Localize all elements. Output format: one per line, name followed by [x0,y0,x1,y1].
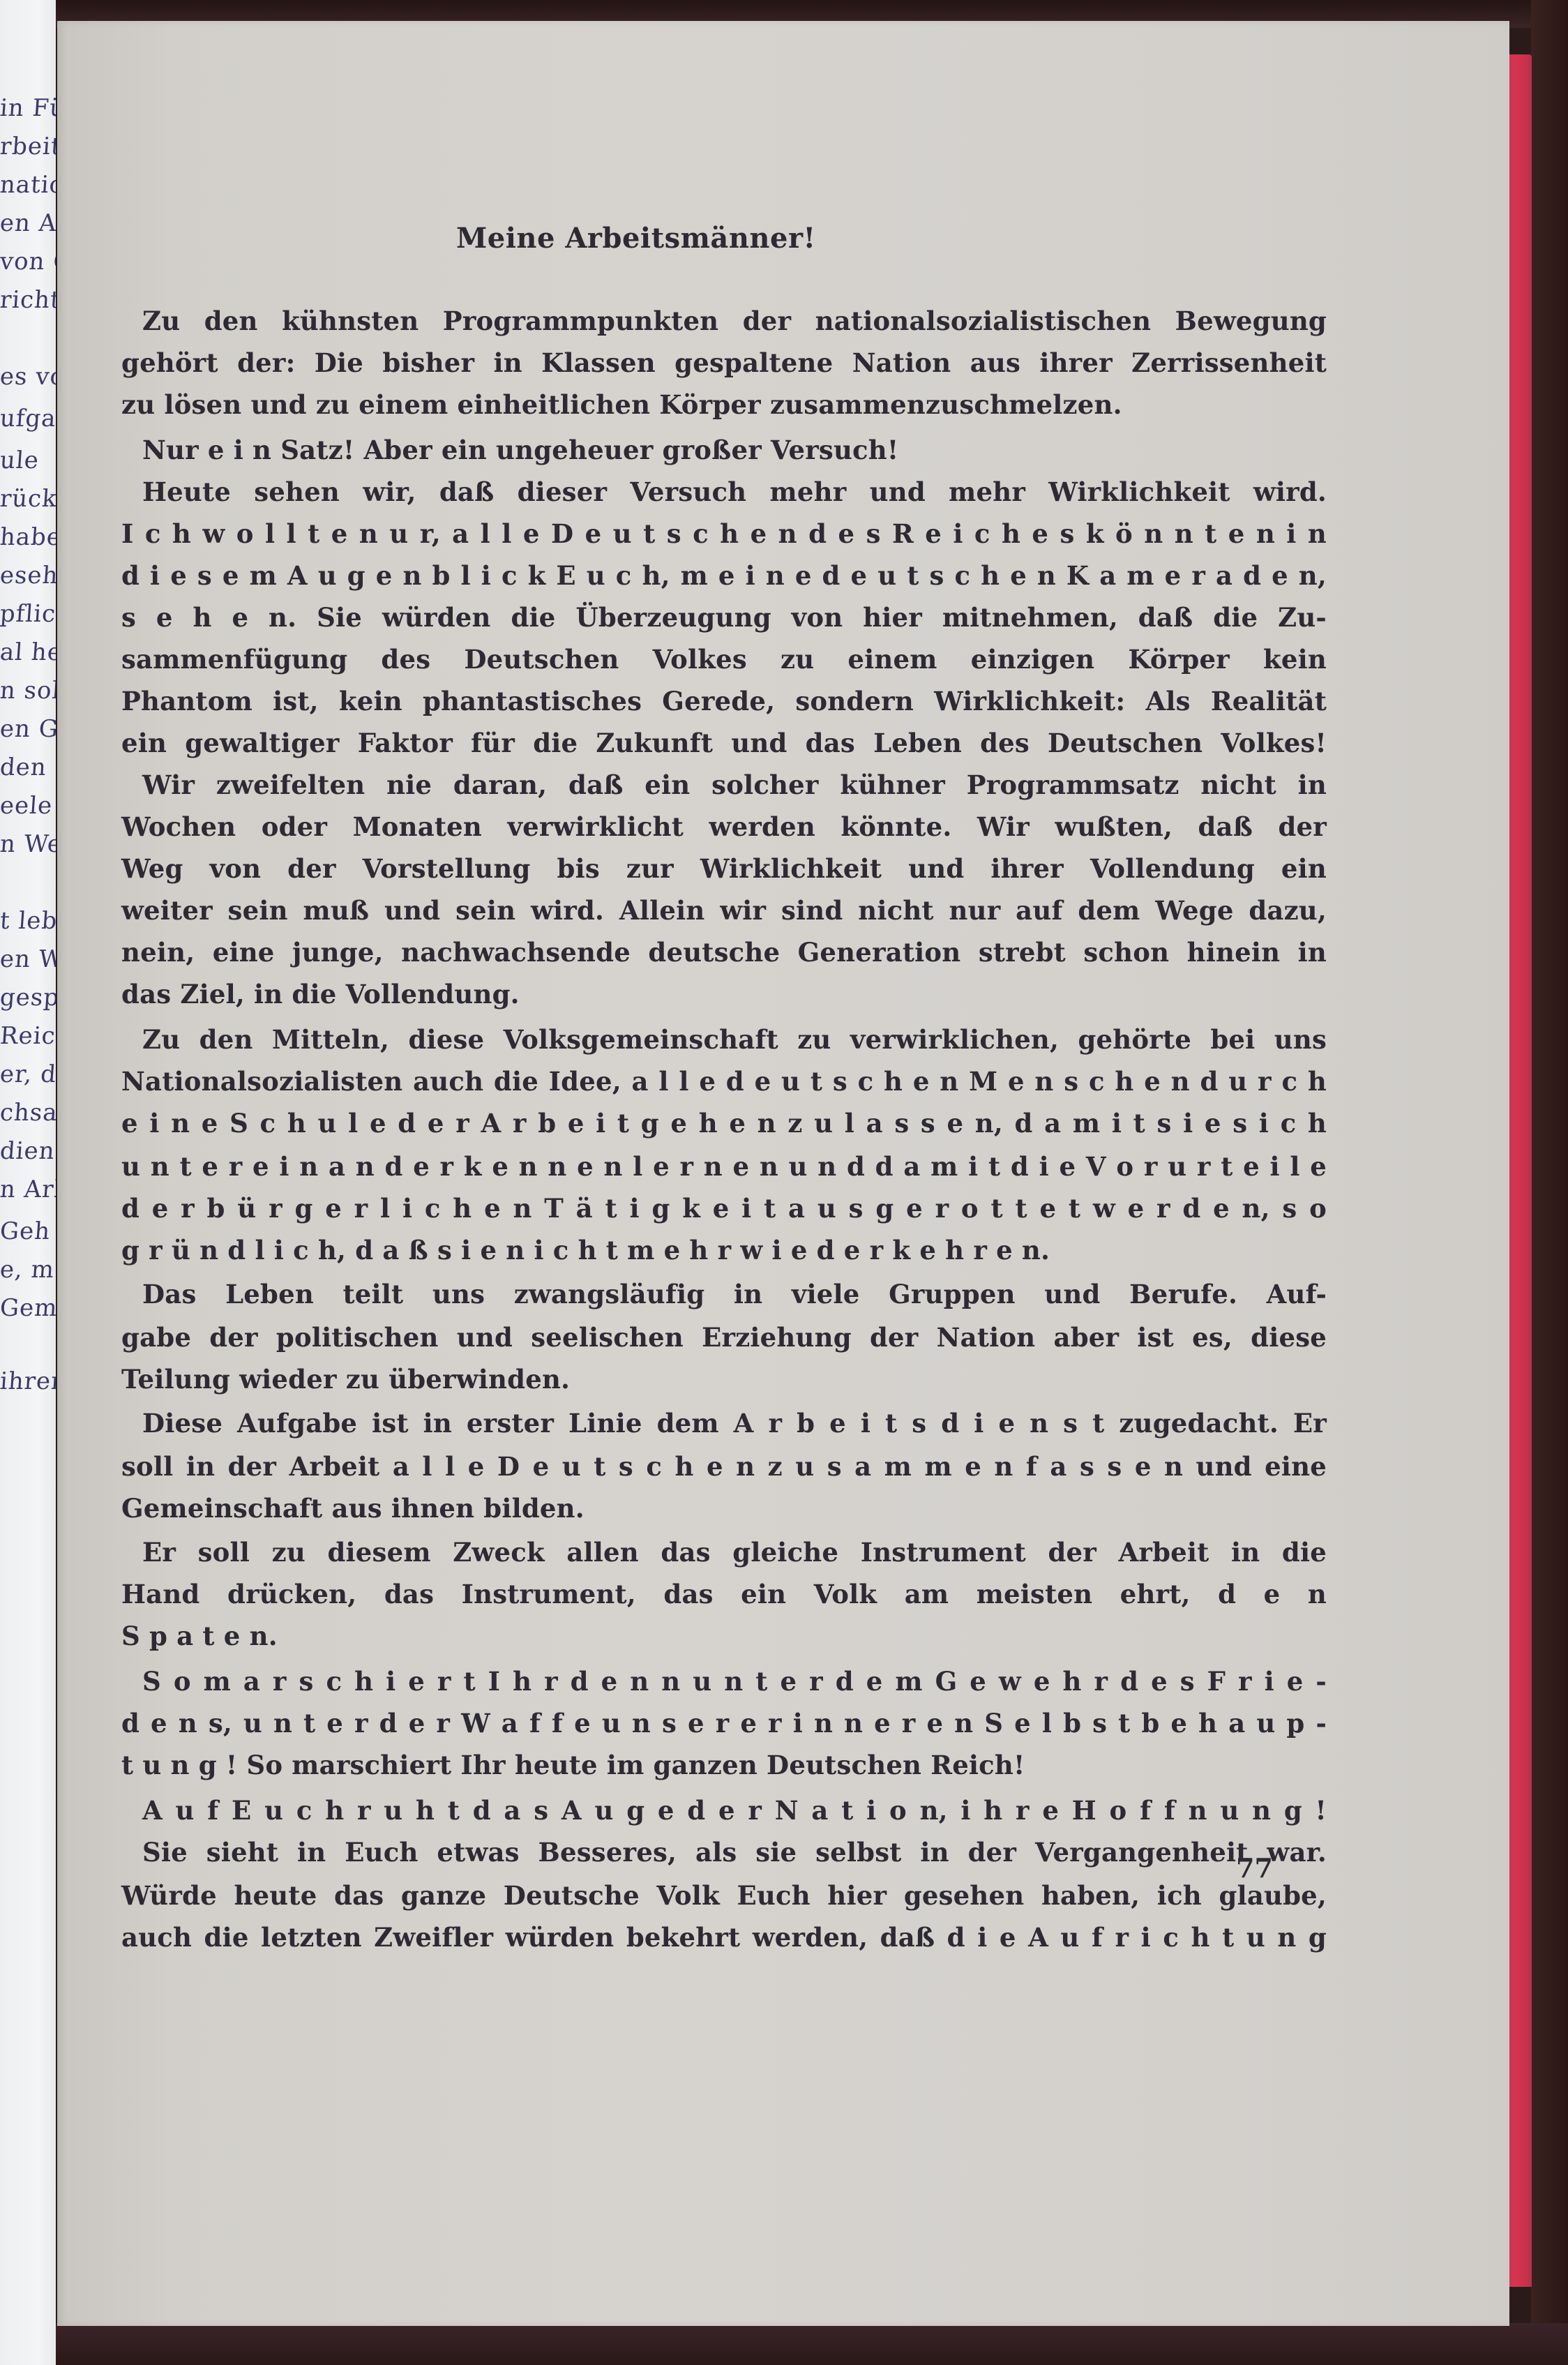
text-line: u n t e r e i n a n d e r k e n n e n l … [121,1151,1327,1182]
left-page-text-fragment: en Wor [0,945,56,973]
text-line: gabe der politischen und seelischen Erzi… [121,1322,1327,1353]
text-line: d e r b ü r g e r l i c h e n T ä t i g … [121,1193,1327,1224]
text-line: Zu den kühnsten Programmpunkten der nati… [142,306,1327,336]
text-line: Das Leben teilt uns zwangsläufig in viel… [142,1279,1327,1309]
left-page-text-fragment: den d [0,753,56,781]
left-page-text-fragment: ihrer. [0,1367,56,1395]
text-line: d i e s e m A u g e n b l i c k E u c h,… [121,560,1327,591]
left-page-text-fragment: pflicht. [0,600,56,628]
background-right [1531,0,1568,2365]
left-page-text-fragment: n We [0,830,56,858]
left-page-text-fragment: n Arbe [0,1176,56,1203]
left-page-text-fragment: in Füh [0,94,56,122]
text-line: S p a t e n. [121,1621,1327,1651]
left-page-text-fragment: von G [0,248,56,276]
text-line: weiter sein muß und sein wird. Allein wi… [121,895,1327,926]
text-line: Nationalsozialisten auch die Idee, a l l… [121,1066,1327,1097]
left-page-text-fragment: en Ge [0,715,56,743]
text-line: sammenfügung des Deutschen Volkes zu ein… [121,644,1327,675]
background-bottom [0,2323,1568,2365]
text-line: zu lösen und zu einem einheitlichen Körp… [121,389,1327,420]
text-line: d e n s, u n t e r d e r W a f f e u n s… [121,1708,1327,1739]
page-title: Meine Arbeitsmänner! [456,222,816,255]
left-page-edge: in Führbeitnationen Arbevon Grichtet.es … [0,0,56,2365]
left-page-text-fragment: t leben [0,907,56,935]
text-line: Hand drücken, das Instrument, das ein Vo… [121,1579,1327,1609]
text-line: Zu den Mitteln, diese Volksgemeinschaft … [142,1024,1327,1055]
left-page-text-fragment: rbeit [0,133,56,160]
book-page: Meine Arbeitsmänner! Zu den kühnsten Pro… [57,21,1509,2326]
left-page-text-fragment: es vor [0,363,56,391]
text-line: I c h w o l l t e n u r, a l l e D e u t… [121,518,1327,549]
text-line: s e h e n. Sie würden die Überzeugung vo… [121,602,1327,633]
text-line: g r ü n d l i c h, d a ß s i e n i c h t… [121,1235,1327,1266]
left-page-text-fragment: ule [0,446,40,474]
left-page-text-fragment: Geh [0,1217,52,1245]
left-page-text-fragment: Geme [0,1294,56,1322]
left-page-text-fragment: er, die [0,1060,56,1088]
left-page-text-fragment: e, m [0,1256,55,1284]
left-page-text-fragment: Reich [0,1022,56,1050]
text-line: Gemeinschaft aus ihnen bilden. [121,1493,1327,1524]
left-page-text-fragment: eele g [0,792,56,820]
text-line: das Ziel, in die Vollendung. [121,979,1327,1009]
text-line: Sie sieht in Euch etwas Besseres, als si… [142,1837,1327,1868]
left-page-text-fragment: chsarbe [0,1099,56,1127]
left-page-text-fragment: esehen [0,562,56,590]
left-page-text-fragment: nation [0,171,56,199]
left-page-text-fragment: al her [0,638,56,666]
text-line: t u n g ! So marschiert Ihr heute im gan… [121,1750,1327,1780]
left-page-text-fragment: en Arbe [0,209,56,237]
left-page-text-fragment: haben [0,523,56,551]
text-line: Heute sehen wir, daß dieser Versuch mehr… [142,476,1327,507]
text-line: A u f E u c h r u h t d a s A u g e d e … [142,1795,1327,1826]
text-line: auch die letzten Zweifler würden bekehrt… [121,1922,1327,1953]
text-line: Würde heute das ganze Deutsche Volk Euch… [121,1880,1327,1911]
text-line: ein gewaltiger Faktor für die Zukunft un… [121,728,1327,758]
text-line: gehört der: Die bisher in Klassen gespal… [121,347,1327,378]
left-page-text-fragment: gespro [0,984,56,1012]
book-cover-edge [1507,54,1532,2287]
text-line: Er soll zu diesem Zweck allen das gleich… [142,1537,1327,1568]
text-line: Weg von der Vorstellung bis zur Wirklich… [121,853,1327,884]
text-line: Wochen oder Monaten verwirklicht werden … [121,811,1327,842]
text-line: Phantom ist, kein phantastisches Gerede,… [121,686,1327,716]
text-line: Teilung wieder zu überwinden. [121,1364,1327,1395]
text-line: soll in der Arbeit a l l e D e u t s c h… [121,1451,1327,1482]
text-line: Wir zweifelten nie daran, daß ein solche… [142,769,1327,800]
page-number: 77 [1236,1852,1273,1884]
left-page-text-fragment: n soll. [0,677,56,705]
text-line: Nur e i n Satz! Aber ein ungeheuer große… [142,435,1327,465]
left-page-text-fragment: ufgabe, [0,405,56,433]
text-line: e i n e S c h u l e d e r A r b e i t g … [121,1108,1327,1139]
left-page-text-fragment: dienst [0,1137,56,1165]
left-page-text-fragment: richtet. [0,286,56,314]
left-page-text-fragment: rückliege [0,485,56,513]
text-line: nein, eine junge, nachwachsende deutsche… [121,937,1327,968]
text-line: Diese Aufgabe ist in erster Linie dem A … [142,1408,1327,1439]
text-line: S o m a r s c h i e r t I h r d e n n u … [142,1666,1327,1697]
